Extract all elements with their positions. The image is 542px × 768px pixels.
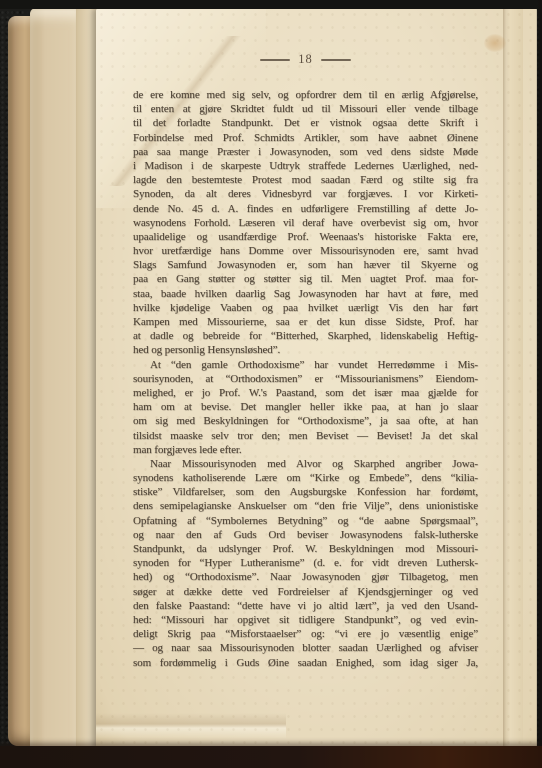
text-line: upaalidelige og usandfærdige Prof. Weena… xyxy=(133,230,478,244)
text-line: synodens katholiserende Lære om “Kirke o… xyxy=(133,471,478,485)
text-line: om sig med Beskyldningen for “Orthodoxis… xyxy=(133,414,478,428)
text-line: de ere komne med sig selv, og opfordrer … xyxy=(133,88,478,102)
page-number-rule-right xyxy=(321,59,351,61)
text-line: og naar den af Guds Ord beviser Jowasyno… xyxy=(133,528,478,542)
text-line: Forbindelse med Prof. Schmidts Artikler,… xyxy=(133,131,478,145)
text-line: til enten at gjøre Skridtet fuldt ud til… xyxy=(133,102,478,116)
text-line: Slags Samfund Jowasynoden er, som han hæ… xyxy=(133,258,478,272)
text-line: sourisynoden, at “Orthodoxismen” er “Mis… xyxy=(133,372,478,386)
text-line: lagde den bestemteste Protest mod saadan… xyxy=(133,173,478,187)
page-bottom-fold xyxy=(96,713,286,739)
text-line: stiske” Vildfarelser, som den Augsburgsk… xyxy=(133,485,478,499)
page-number: 18 xyxy=(298,52,313,67)
text-line: — og naar saa Missourisynoden blotter sa… xyxy=(133,641,478,655)
page-number-rule-left xyxy=(260,59,290,61)
text-line: melighed, er jo Prof. W.'s Paastand, som… xyxy=(133,386,478,400)
text-line: i Madison i de skarpeste Udtryk straffed… xyxy=(133,159,478,173)
page-edge-stack-middle xyxy=(30,8,80,756)
text-line: wasynodens Forhold. Læseren vil deraf ha… xyxy=(133,216,478,230)
text-line: til det forladte Standpunkt. Det er vist… xyxy=(133,116,478,130)
text-line: hvilke kjødelige Vaaben og paa hvilket u… xyxy=(133,301,478,315)
text-line: den falske Paastand: “dette have vi jo a… xyxy=(133,599,478,613)
text-line: paa saa mange Præster i Jowasynoden, som… xyxy=(133,145,478,159)
text-line: At “den gamle Orthodoxisme” har vundet H… xyxy=(133,358,478,372)
text-line: Kampen med Missourierne, saa er det kun … xyxy=(133,315,478,329)
text-line: synoden for “Hyper Lutheranisme” (d. e. … xyxy=(133,556,478,570)
text-line: søger at dække dette ved Fordreielser af… xyxy=(133,585,478,599)
text-line: man forgjæves lede efter. xyxy=(133,443,478,457)
text-line: hed: “Missouri har opgivet sit tidligere… xyxy=(133,613,478,627)
text-line: hvor uretfærdige hans Domme over Missour… xyxy=(133,244,478,258)
photo-top-shadow xyxy=(0,0,542,9)
text-line: at dadle og bebreide for “Bitterhed, Ska… xyxy=(133,329,478,343)
text-line: staa, baade hvilken daarlig Sag Jowasyno… xyxy=(133,287,478,301)
photo-right-shadow xyxy=(536,0,542,768)
text-line: Naar Missourisynoden med Alvor og Skarph… xyxy=(133,457,478,471)
text-line: deligt Skrig paa “Misforstaaelser” og: “… xyxy=(133,627,478,641)
text-line: hed) og “Orthodoxisme”. Naar Jowasynoden… xyxy=(133,570,478,584)
text-line: Opfatning af “Symbolernes Betydning” og … xyxy=(133,514,478,528)
photo-bottom-shadow xyxy=(0,746,542,768)
page-right-fold xyxy=(503,8,523,748)
book-page: 18 de ere komne med sig selv, og opfordr… xyxy=(96,8,537,748)
text-line: paa en Gang støtter og støtter sig til. … xyxy=(133,272,478,286)
text-line: tilsidst maaske selv tror den; men Bevis… xyxy=(133,429,478,443)
text-line: som fordømmelig i Guds Øine saadan Enigh… xyxy=(133,656,478,670)
text-line: dens semipelagianske Anskuelser om “den … xyxy=(133,499,478,513)
text-line: dende No. 45 d. A. findes en udførligere… xyxy=(133,202,478,216)
foxing-stain xyxy=(484,34,506,52)
text-line: ham om at bevise. Det mangler heller ikk… xyxy=(133,400,478,414)
text-line: hed og personlig Hensynsløshed”. xyxy=(133,343,478,357)
text-block: de ere komne med sig selv, og opfordrer … xyxy=(133,88,478,670)
text-line: Standpunkt, da udslynger Prof. W. Beskyl… xyxy=(133,542,478,556)
running-head: 18 xyxy=(133,52,478,68)
text-line: Synoden, da alt deres Vidnesbyrd var for… xyxy=(133,187,478,201)
